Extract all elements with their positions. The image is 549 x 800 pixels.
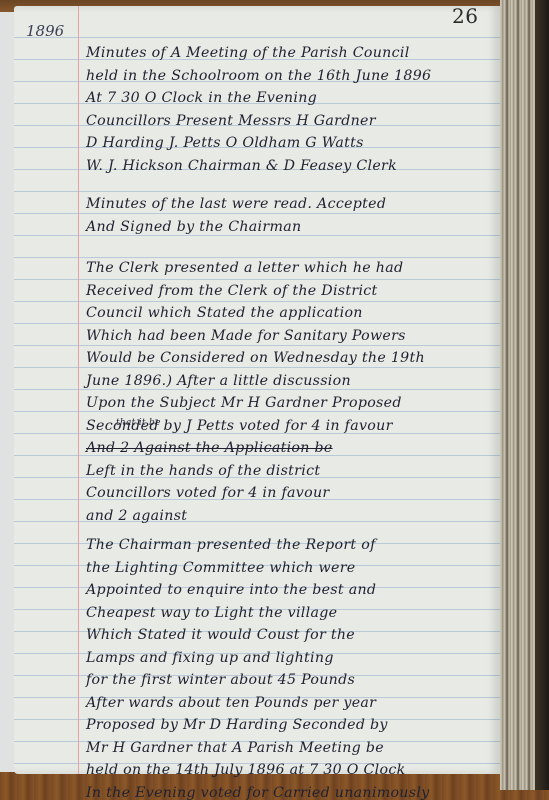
text-line: and 2 against (86, 505, 498, 528)
text-line: Councillors Present Messrs H Gardner (86, 110, 498, 133)
red-margin-rule (78, 6, 79, 774)
book-page-edges (500, 0, 549, 790)
text-line: June 1896.) After a little discussion (86, 370, 498, 393)
text-line: Which had been Made for Sanitary Powers (86, 325, 498, 348)
paragraph-meeting-heading: Minutes of A Meeting of the Parish Counc… (86, 42, 498, 177)
text-line: Which Stated it would Coust for the (86, 624, 498, 647)
text-line: held in the Schoolroom on the 16th June … (86, 65, 498, 88)
struck-text-line: And 2 Against the Application be (86, 437, 498, 460)
interlinear-insert: that it be (116, 418, 528, 428)
text-line: After wards about ten Pounds per year (86, 692, 498, 715)
text-line: Proposed by Mr D Harding Seconded by (86, 714, 498, 737)
page-number: 26 (452, 4, 478, 28)
text-line: Councillors voted for 4 in favour (86, 482, 498, 505)
text-line: Left in the hands of the district (86, 460, 498, 483)
paragraph-lighting-committee: The Chairman presented the Report of the… (86, 534, 498, 800)
margin-year-note: 1896 (26, 22, 64, 40)
text-line: the Lighting Committee which were (86, 557, 498, 580)
paragraph-previous-minutes: Minutes of the last were read. Accepted … (86, 193, 498, 238)
text-line: Council which Stated the application (86, 302, 498, 325)
text-line: Lamps and fixing up and lighting (86, 647, 498, 670)
text-line: Cheapest way to Light the village (86, 602, 498, 625)
text-line: At 7 30 O Clock in the Evening (86, 87, 498, 110)
text-line: Minutes of the last were read. Accepted (86, 193, 498, 216)
text-line: W. J. Hickson Chairman & D Feasey Clerk (86, 155, 498, 178)
text-line: And Signed by the Chairman (86, 216, 498, 239)
text-line: held on the 14th July 1896 at 7 30 O Clo… (86, 759, 498, 782)
text-line: The Chairman presented the Report of (86, 534, 498, 557)
paragraph-district-council-letter: The Clerk presented a letter which he ha… (86, 257, 498, 527)
text-line: Appointed to enquire into the best and (86, 579, 498, 602)
text-line: Minutes of A Meeting of the Parish Counc… (86, 42, 498, 65)
text-line: D Harding J. Petts O Oldham G Watts (86, 132, 498, 155)
text-line: In the Evening voted for Carried unanimo… (86, 782, 498, 800)
text-line: Received from the Clerk of the District (86, 280, 498, 303)
text-line: Mr H Gardner that A Parish Meeting be (86, 737, 498, 760)
text-line: The Clerk presented a letter which he ha… (86, 257, 498, 280)
text-line: for the first winter about 45 Pounds (86, 669, 498, 692)
text-line: Upon the Subject Mr H Gardner Proposed (86, 392, 498, 415)
text-line: Would be Considered on Wednesday the 19t… (86, 347, 498, 370)
